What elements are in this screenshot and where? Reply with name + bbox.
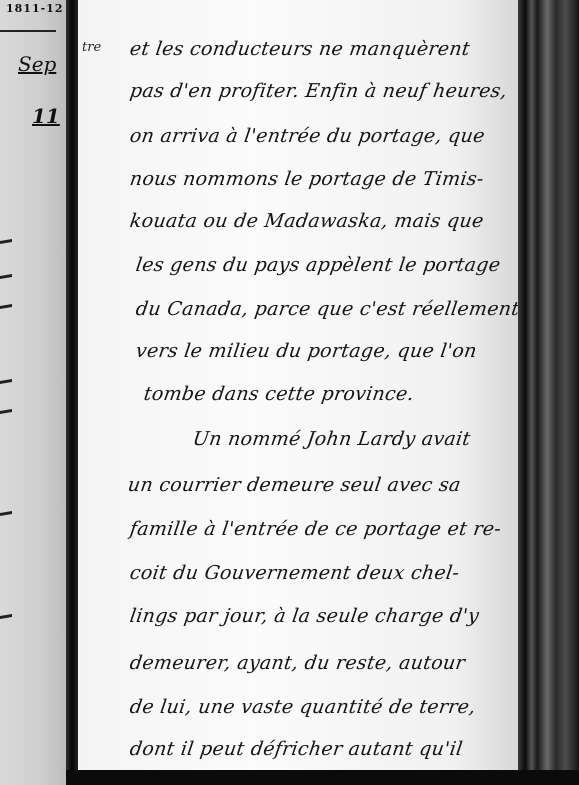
margin-day-note: 11 <box>32 104 60 128</box>
ink-fragment <box>0 304 12 309</box>
ink-fragment <box>0 511 12 516</box>
margin-date-note: Sep <box>18 52 56 76</box>
page-bottom-edge <box>66 770 579 785</box>
text-line: et les conducteurs ne manquèrent <box>128 38 471 60</box>
text-line: nous nommons le portage de Timis- <box>128 168 485 190</box>
text-line: un courrier demeure seul avec sa <box>126 474 462 496</box>
header-rule <box>0 30 56 32</box>
text-line: de lui, une vaste quantité de terre, <box>128 696 477 718</box>
text-line: tombe dans cette province. <box>142 383 415 405</box>
ink-fragment <box>0 409 12 414</box>
ink-fragment <box>0 614 12 619</box>
text-line: kouata ou de Madawaska, mais que <box>128 210 485 232</box>
ink-fragment <box>0 239 12 244</box>
text-line: lings par jour, à la seule charge d'y <box>128 605 480 627</box>
left-page-header: 1811-12 <box>6 2 64 15</box>
margin-mark: tre <box>82 40 101 55</box>
text-line: famille à l'entrée de ce portage et re- <box>128 518 502 540</box>
text-line: vers le milieu du portage, que l'on <box>134 340 478 362</box>
text-line: du Canada, parce que c'est réellement <box>134 298 520 320</box>
text-line: dont il peut défricher autant qu'il <box>128 738 464 760</box>
left-page-margin: 1811-12 Sep 11 <box>0 0 66 785</box>
page-edge-binding <box>518 0 579 785</box>
ink-fragment <box>0 274 12 279</box>
manuscript-page: tre et les conducteurs ne manquèrent pas… <box>78 0 518 770</box>
text-line: pas d'en profiter. Enfin à neuf heures, <box>128 80 508 102</box>
book-gutter <box>66 0 78 785</box>
text-line: les gens du pays appèlent le portage <box>134 254 501 276</box>
ink-fragment <box>0 379 12 384</box>
text-line: demeurer, ayant, du reste, autour <box>128 652 466 674</box>
text-line: Un nommé John Lardy avait <box>191 428 472 450</box>
text-line: coit du Gouvernement deux chel- <box>128 562 460 584</box>
manuscript-scan: 1811-12 Sep 11 tre et les conducteurs ne… <box>0 0 579 785</box>
text-line: on arriva à l'entrée du portage, que <box>128 125 486 147</box>
